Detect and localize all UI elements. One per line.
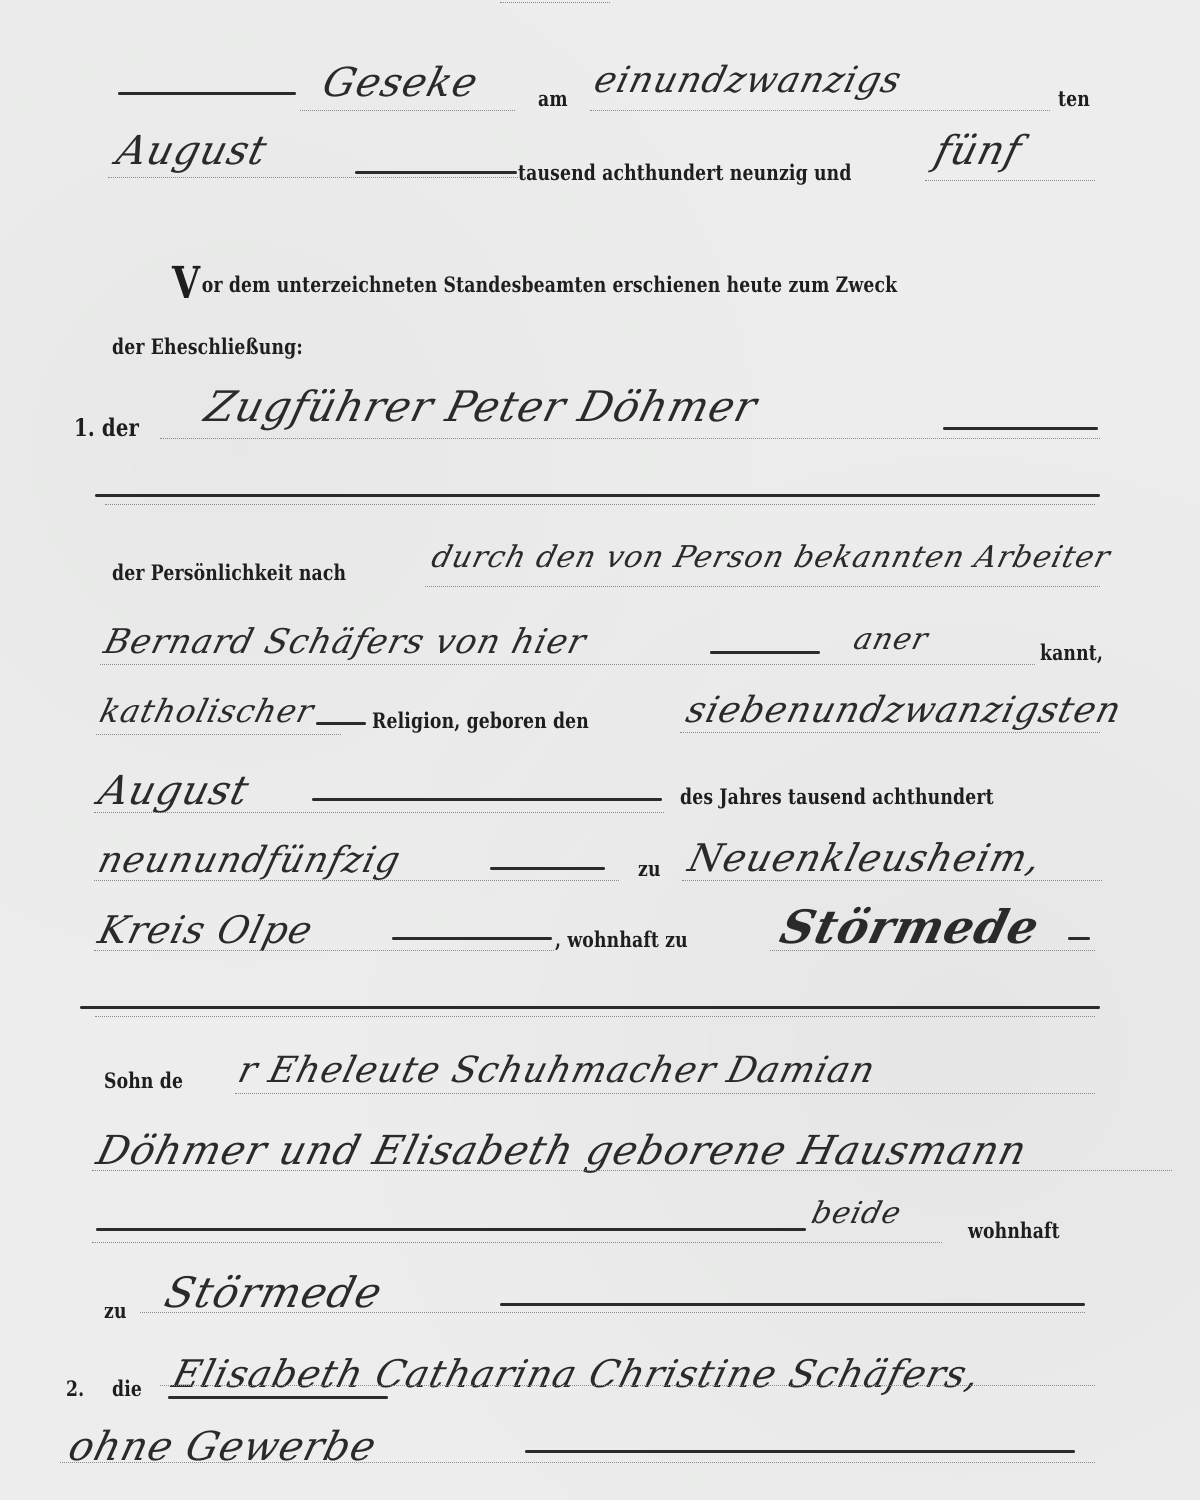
place-line bbox=[300, 110, 515, 111]
both-handwritten: beide bbox=[808, 1196, 905, 1231]
dash-rule bbox=[710, 651, 820, 654]
dash-rule bbox=[490, 867, 605, 870]
identity-handwritten-1: durch den von Person bekannten Arbeiter bbox=[428, 540, 1114, 575]
year-line bbox=[925, 180, 1095, 181]
dash-rule bbox=[392, 937, 552, 940]
full-dotted-line bbox=[105, 504, 1095, 505]
dropcap: V bbox=[172, 258, 200, 309]
bride-die-label: die bbox=[112, 1376, 142, 1401]
year-handwritten: fünf bbox=[930, 128, 1027, 174]
residence-handwritten: Störmede bbox=[775, 900, 1045, 954]
month-line bbox=[108, 177, 518, 178]
religion-line bbox=[96, 734, 341, 735]
wohnhaft-label: wohnhaft bbox=[968, 1218, 1060, 1243]
bride-occupation-handwritten: ohne Gewerbe bbox=[64, 1424, 381, 1470]
parents-zu-label: zu bbox=[104, 1298, 127, 1323]
place-handwritten: Geseke bbox=[318, 60, 483, 106]
birth-day-line bbox=[680, 732, 1100, 733]
parents-handwritten-1: r Eheleute Schuhmacher Damian bbox=[234, 1050, 880, 1091]
groom-name-line bbox=[160, 438, 1100, 439]
bride-name-handwritten: Elisabeth Catharina Christine Schäfers, bbox=[168, 1352, 985, 1396]
identity-line-1 bbox=[425, 586, 1100, 587]
full-rule bbox=[95, 494, 1100, 497]
full-rule bbox=[80, 1006, 1100, 1009]
dash-rule bbox=[118, 92, 296, 95]
groom-name-handwritten: Zugführer Peter Döhmer bbox=[200, 382, 762, 431]
intro-line-2: der Eheschließung: bbox=[112, 334, 303, 359]
marriage-record-page: Geseke am einundzwanzigs ten August taus… bbox=[0, 0, 1200, 1500]
kannt-label: kannt, bbox=[1040, 640, 1103, 665]
am-label: am bbox=[538, 86, 568, 111]
top-dotted-line bbox=[500, 2, 610, 3]
both-line bbox=[92, 1242, 942, 1243]
dash-rule bbox=[96, 1228, 806, 1231]
birth-day-handwritten: siebenundzwanzigsten bbox=[682, 690, 1126, 731]
birth-year-line bbox=[94, 880, 619, 881]
parents-line-1 bbox=[235, 1093, 1095, 1094]
district-line bbox=[94, 950, 554, 951]
religion-label: Religion, geboren den bbox=[372, 708, 589, 733]
bride-name-line bbox=[160, 1385, 1095, 1386]
religion-handwritten: katholischer bbox=[96, 692, 318, 730]
day-handwritten: einundzwanzigs bbox=[590, 60, 906, 101]
parents-handwritten-2: Döhmer und Elisabeth geborene Hausmann bbox=[92, 1128, 1032, 1174]
parents-residence-handwritten: Störmede bbox=[160, 1268, 388, 1317]
parents-residence-line bbox=[140, 1312, 1085, 1313]
birth-year-label: des Jahres tausend achthundert bbox=[680, 784, 994, 809]
birthplace-line bbox=[682, 880, 1102, 881]
residence-label: , wohnhaft zu bbox=[555, 927, 688, 952]
full-dotted-line bbox=[95, 1016, 1095, 1017]
identity-handwritten-2: Bernard Schäfers von hier bbox=[100, 622, 591, 662]
son-label: Sohn de bbox=[104, 1068, 183, 1093]
month-handwritten: August bbox=[112, 128, 272, 174]
intro-text: or dem unterzeichneten Standesbeamten er… bbox=[202, 272, 897, 297]
identity-handwritten-3: aner bbox=[850, 622, 932, 657]
zu-label: zu bbox=[638, 856, 661, 881]
district-handwritten: Kreis Olpe bbox=[94, 908, 318, 952]
dash-rule bbox=[525, 1450, 1075, 1453]
year-printed: tausend achthundert neunzig und bbox=[518, 160, 852, 185]
ten-label: ten bbox=[1058, 86, 1090, 111]
intro-line-1: Vor dem unterzeichneten Standesbeamten e… bbox=[172, 258, 897, 309]
dash-rule bbox=[312, 798, 662, 801]
birth-month-line bbox=[94, 812, 664, 813]
groom-number-label: 1. der bbox=[74, 413, 139, 442]
dash-rule bbox=[1068, 937, 1090, 940]
dash-rule bbox=[500, 1303, 1085, 1306]
birthplace-handwritten: Neuenkleusheim, bbox=[684, 836, 1046, 880]
dash-rule bbox=[355, 171, 517, 174]
day-line bbox=[590, 110, 1050, 111]
identity-line-2 bbox=[100, 664, 1035, 665]
bride-occupation-line bbox=[60, 1462, 1095, 1463]
residence-line bbox=[770, 950, 1095, 951]
dash-rule bbox=[168, 1396, 388, 1399]
dash-rule bbox=[316, 722, 366, 725]
birth-year-handwritten: neunundfünfzig bbox=[94, 840, 405, 881]
dash-rule bbox=[943, 427, 1098, 430]
birth-month-handwritten: August bbox=[94, 768, 254, 814]
bride-number-label: 2. bbox=[66, 1376, 84, 1401]
identity-label: der Persönlichkeit nach bbox=[112, 560, 346, 585]
parents-line-2 bbox=[92, 1170, 1172, 1171]
